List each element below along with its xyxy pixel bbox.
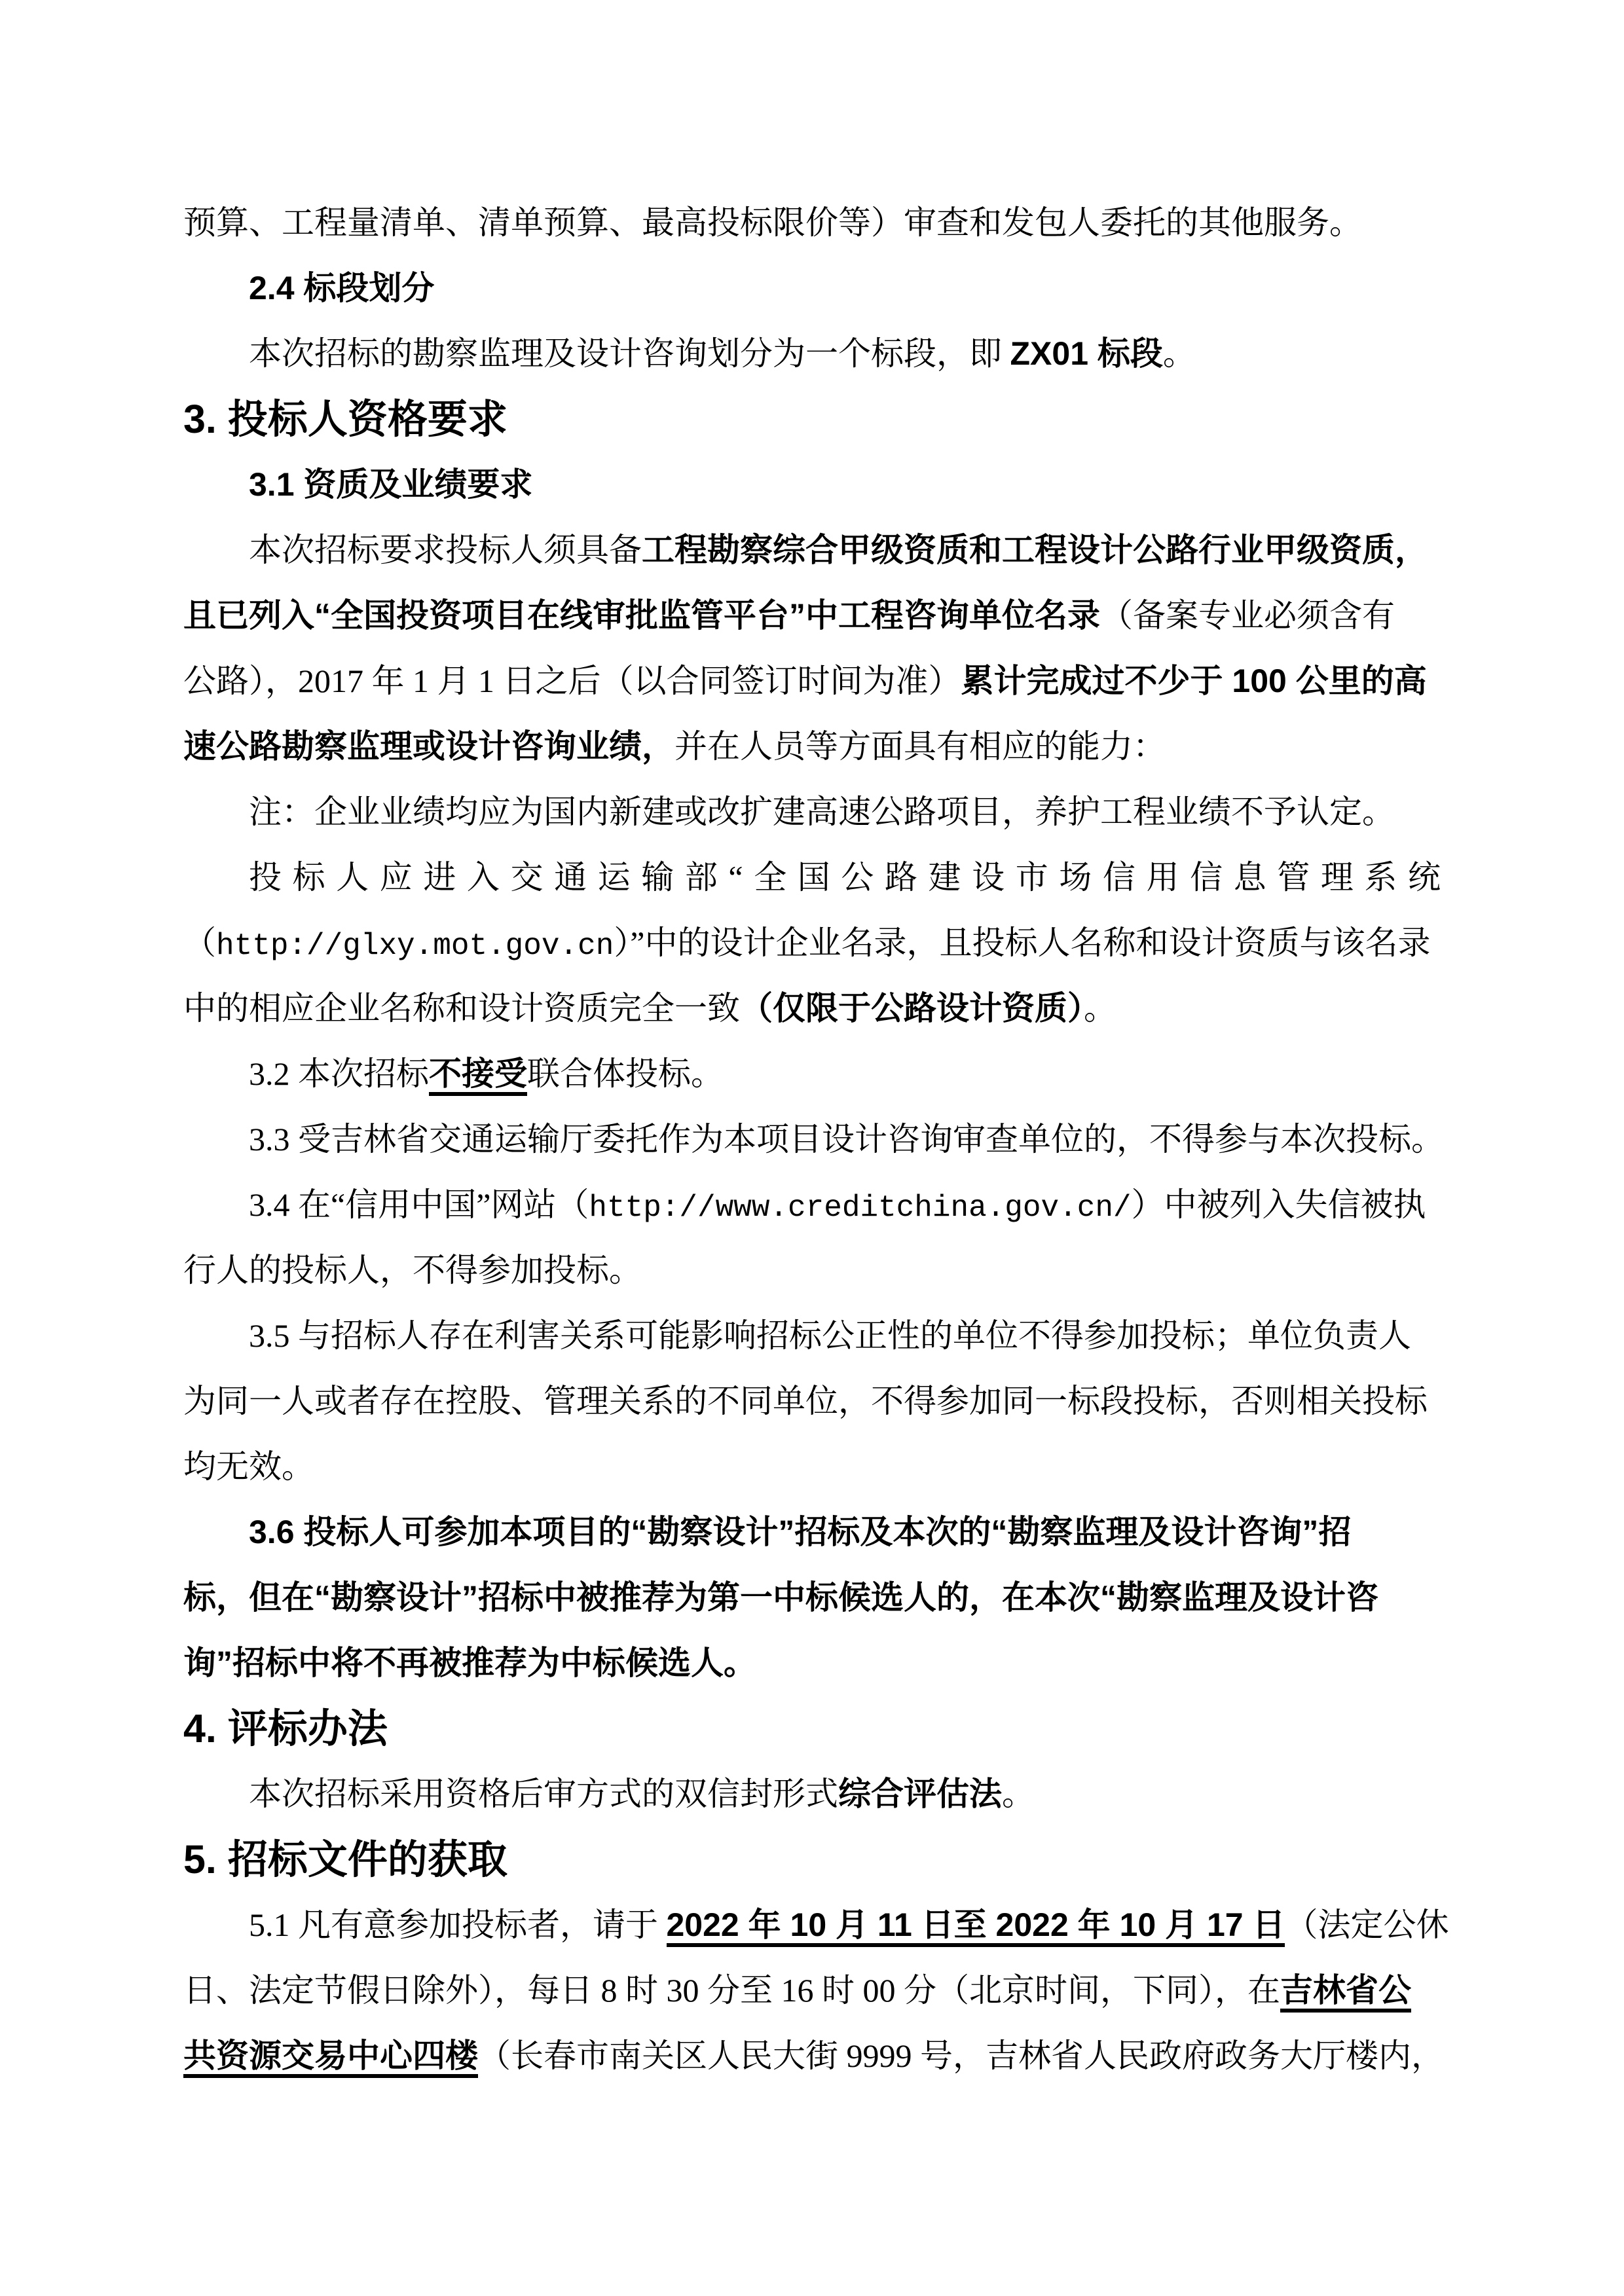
document-line: 行人的投标人，不得参加投标。 <box>183 1237 1441 1303</box>
document-line: 3.6 投标人可参加本项目的“勘察设计”招标及本次的“勘察监理及设计咨询”招 <box>183 1499 1441 1565</box>
document-line: （http://glxy.mot.gov.cn）”中的设计企业名录，且投标人名称… <box>183 910 1441 975</box>
text-run: 。 <box>1163 335 1196 372</box>
text-run: 本次招标的勘察监理及设计咨询划分为一个标段，即 <box>249 335 1010 372</box>
section-heading-line: 5. 招标文件的获取 <box>183 1827 1441 1892</box>
document-line: 预算、工程量清单、清单预算、最高投标限价等）审查和发包人委托的其他服务。 <box>183 190 1441 255</box>
document-line: 3.5 与招标人存在利害关系可能影响招标公正性的单位不得参加投标；单位负责人 <box>183 1303 1441 1368</box>
document-content: 预算、工程量清单、清单预算、最高投标限价等）审查和发包人委托的其他服务。2.4 … <box>183 190 1441 2088</box>
document-line: 本次招标要求投标人须具备工程勘察综合甲级资质和工程设计公路行业甲级资质， <box>183 517 1441 583</box>
document-line: 且已列入“全国投资项目在线审批监管平台”中工程咨询单位名录（备案专业必须含有 <box>183 583 1441 648</box>
text-run: （备案专业必须含有 <box>1100 597 1395 634</box>
text-run: 吉林省公 <box>1280 1972 1411 2013</box>
document-line: 速公路勘察监理或设计咨询业绩，并在人员等方面具有相应的能力： <box>183 714 1441 779</box>
text-run: 标，但在“勘察设计”招标中被推荐为第一中标候选人的，在本次“勘察监理及设计咨 <box>183 1579 1378 1616</box>
document-line: 为同一人或者存在控股、管理关系的不同单位，不得参加同一标段投标，否则相关投标 <box>183 1368 1441 1434</box>
document-line: 本次招标采用资格后审方式的双信封形式综合评估法。 <box>183 1761 1441 1827</box>
text-run: 公路），2017 年 1 月 1 日之后（以合同签订时间为准） <box>183 663 961 699</box>
text-run: 。 <box>1002 1776 1035 1812</box>
text-run: 速公路勘察监理或设计咨询业绩， <box>183 728 674 765</box>
document-line: 公路），2017 年 1 月 1 日之后（以合同签订时间为准）累计完成过不少于 … <box>183 648 1441 714</box>
text-run: （ <box>183 924 216 961</box>
section-heading-line: 4. 评标办法 <box>183 1696 1441 1761</box>
document-line: 标，但在“勘察设计”招标中被推荐为第一中标候选人的，在本次“勘察监理及设计咨 <box>183 1565 1441 1630</box>
document-line: 共资源交易中心四楼（长春市南关区人民大街 9999 号，吉林省人民政府政务大厅楼… <box>183 2023 1441 2088</box>
text-run: 5.1 凡有意参加投标者，请于 <box>249 1906 667 1943</box>
text-run: 注：企业业绩均应为国内新建或改扩建高速公路项目，养护工程业绩不予认定。 <box>249 793 1395 830</box>
text-run: 行人的投标人，不得参加投标。 <box>183 1252 642 1288</box>
text-run: ）中被列入失信被执 <box>1132 1186 1426 1223</box>
text-run: 联合体投标。 <box>527 1055 724 1092</box>
text-run: 3. 投标人资格要求 <box>183 397 507 441</box>
text-run: 中的相应企业名称和设计资质完全一致 <box>183 990 740 1027</box>
document-line: 询”招标中将不再被推荐为中标候选人。 <box>183 1630 1441 1696</box>
section-heading-line: 3. 投标人资格要求 <box>183 386 1441 452</box>
text-run: 日、法定节假日除外），每日 8 时 30 分至 16 时 00 分（北京时间，下… <box>183 1972 1280 2009</box>
document-line: 注：企业业绩均应为国内新建或改扩建高速公路项目，养护工程业绩不予认定。 <box>183 779 1441 845</box>
text-run: 工程勘察综合甲级资质和工程设计公路行业甲级资质， <box>642 532 1428 568</box>
text-run: 预算、工程量清单、清单预算、最高投标限价等）审查和发包人委托的其他服务。 <box>183 204 1362 241</box>
text-run: 均无效。 <box>183 1448 314 1485</box>
text-run: 3.2 本次招标 <box>249 1055 429 1092</box>
document-line: 3.1 资质及业绩要求 <box>183 452 1441 517</box>
text-run: 3.4 在“信用中国”网站（ <box>249 1186 589 1223</box>
text-run: 5. 招标文件的获取 <box>183 1837 507 1882</box>
text-run: 2022 年 10 月 11 日至 2022 年 10 月 17 日 <box>667 1906 1285 1947</box>
document-line: 本次招标的勘察监理及设计咨询划分为一个标段，即 ZX01 标段。 <box>183 321 1441 386</box>
document-line: 中的相应企业名称和设计资质完全一致（仅限于公路设计资质）。 <box>183 975 1441 1041</box>
document-line: 投标人应进入交通运输部“全国公路建设市场信用信息管理系统 <box>183 845 1441 910</box>
text-run: 本次招标采用资格后审方式的双信封形式 <box>249 1776 838 1812</box>
document-line: 均无效。 <box>183 1434 1441 1499</box>
text-run: 共资源交易中心四楼 <box>183 2037 478 2078</box>
text-run: 。 <box>1084 990 1116 1027</box>
text-run: ZX01 标段 <box>1010 335 1163 372</box>
text-run: （长春市南关区人民大街 9999 号，吉林省人民政府政务大厅楼内， <box>478 2037 1444 2074</box>
text-run: 综合评估法 <box>838 1776 1002 1812</box>
text-run: 不接受 <box>429 1055 527 1096</box>
text-run: （法定公休 <box>1285 1906 1449 1943</box>
document-line: 5.1 凡有意参加投标者，请于 2022 年 10 月 11 日至 2022 年… <box>183 1892 1441 1958</box>
text-run: 询”招标中将不再被推荐为中标候选人。 <box>183 1645 756 1681</box>
text-run: 4. 评标办法 <box>183 1706 388 1751</box>
document-line: 2.4 标段划分 <box>183 255 1441 321</box>
text-run: 3.1 资质及业绩要求 <box>249 466 532 503</box>
text-run: 并在人员等方面具有相应的能力： <box>674 728 1166 765</box>
text-run: 为同一人或者存在控股、管理关系的不同单位，不得参加同一标段投标，否则相关投标 <box>183 1383 1428 1419</box>
document-line: 3.3 受吉林省交通运输厅委托作为本项目设计咨询审查单位的，不得参与本次投标。 <box>183 1106 1441 1172</box>
text-run: 且已列入“全国投资项目在线审批监管平台”中工程咨询单位名录 <box>183 597 1100 634</box>
document-line: 3.2 本次招标不接受联合体投标。 <box>183 1041 1441 1106</box>
document-line: 3.4 在“信用中国”网站（http://www.creditchina.gov… <box>183 1172 1441 1237</box>
text-run: 2.4 标段划分 <box>249 270 434 306</box>
document-page: 预算、工程量清单、清单预算、最高投标限价等）审查和发包人委托的其他服务。2.4 … <box>0 0 1624 2296</box>
text-run: 本次招标要求投标人须具备 <box>249 532 642 568</box>
url-text-run: http://www.creditchina.gov.cn/ <box>589 1191 1131 1225</box>
text-run: 3.5 与招标人存在利害关系可能影响招标公正性的单位不得参加投标；单位负责人 <box>249 1317 1411 1354</box>
text-run: 3.6 投标人可参加本项目的“勘察设计”招标及本次的“勘察监理及设计咨询”招 <box>249 1514 1351 1550</box>
url-text-run: http://glxy.mot.gov.cn <box>216 929 614 963</box>
document-line: 日、法定节假日除外），每日 8 时 30 分至 16 时 00 分（北京时间，下… <box>183 1958 1441 2023</box>
text-run: ）”中的设计企业名录，且投标人名称和设计资质与该名录 <box>614 924 1430 961</box>
text-run: 累计完成过不少于 100 公里的高 <box>961 663 1427 699</box>
text-run: 投标人应进入交通运输部“全国公路建设市场信用信息管理系统 <box>249 859 1441 896</box>
text-run: 3.3 受吉林省交通运输厅委托作为本项目设计咨询审查单位的，不得参与本次投标。 <box>249 1121 1444 1157</box>
text-run: （仅限于公路设计资质） <box>740 990 1084 1027</box>
